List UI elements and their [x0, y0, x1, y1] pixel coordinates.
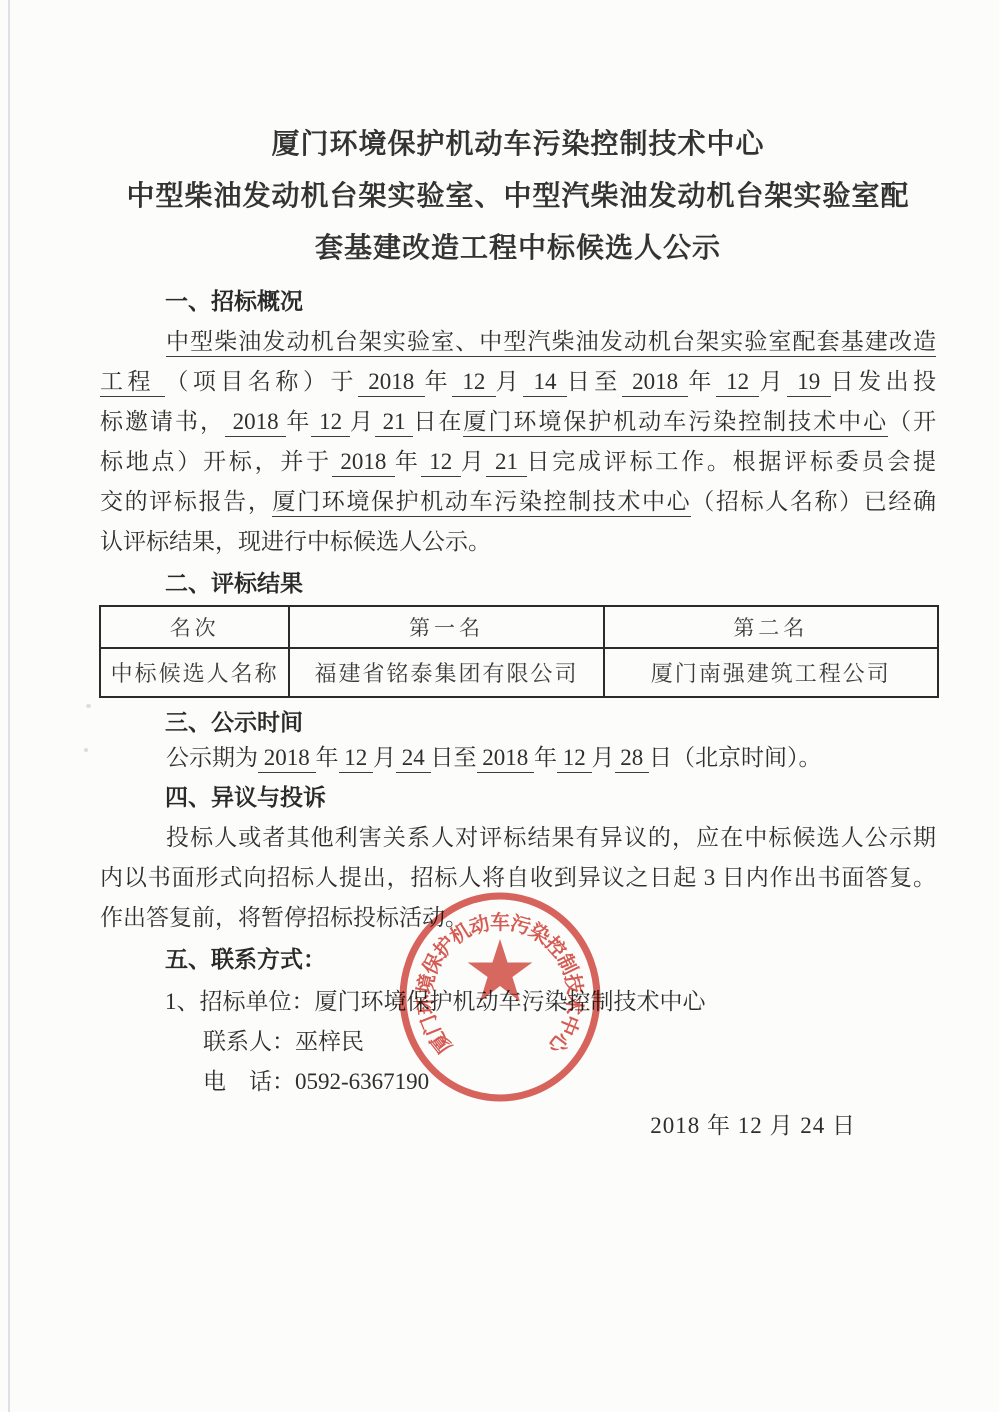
underlined-text: 2018 — [258, 745, 316, 773]
header-first-place: 第一名 — [289, 606, 603, 648]
underlined-text: 2018 — [477, 745, 535, 773]
cell-first-place-company: 福建省铭泰集团有限公司 — [289, 648, 603, 697]
contact-block: 1、招标单位：厦门环境保护机动车污染控制技术中心 联系人：巫梓民 电 话：059… — [100, 982, 936, 1102]
cell-second-place-company: 厦门南强建筑工程公司 — [604, 648, 938, 697]
plain-text: 日至 — [431, 745, 477, 770]
paragraph-line: 公示期为 2018 年 12 月 24 日至 2018 年 12 月 28 日（… — [100, 738, 936, 778]
title-line-3: 套基建改造工程中标候选人公示 — [100, 222, 936, 274]
underlined-text: 12 — [421, 449, 461, 477]
section-4-paragraph: 投标人或者其他利害关系人对评标结果有异议的，应在中标候选人公示期 内以书面形式向… — [100, 818, 936, 938]
underlined-text: 12 — [339, 745, 374, 773]
contact-phone: 电 话：0592-6367190 — [100, 1062, 936, 1102]
plain-text: 年 — [534, 745, 557, 770]
section-4-heading: 四、异议与投诉 — [100, 782, 936, 812]
underlined-text: 14 — [523, 369, 567, 397]
plain-text: 月 — [496, 369, 524, 394]
signature-date: 2018 年 12 月 24 日 — [100, 1106, 936, 1146]
paragraph-line: 内以书面形式向招标人提出，招标人将自收到异议之日起 3 日内作出书面答复。 — [100, 858, 936, 898]
plain-text: 日发出投 — [831, 369, 937, 394]
cell-candidate-label: 中标候选人名称 — [100, 648, 289, 697]
scan-speck — [86, 704, 91, 708]
paragraph-line: 投标人或者其他利害关系人对评标结果有异议的，应在中标候选人公示期 — [100, 818, 936, 858]
header-rank: 名次 — [100, 606, 289, 648]
plain-text: 标地点）开标，并于 — [100, 449, 332, 474]
contact-bidding-unit: 1、招标单位：厦门环境保护机动车污染控制技术中心 — [100, 982, 936, 1022]
table-header-row: 名次 第一名 第二名 — [100, 606, 938, 648]
plain-text: 月 — [759, 369, 787, 394]
section-2-heading: 二、评标结果 — [100, 568, 936, 598]
plain-text: 投标人或者其他利害关系人对评标结果有异议的，应在中标候选人公示期 — [166, 825, 936, 850]
underlined-text: 2018 — [622, 369, 689, 397]
underlined-text: 12 — [716, 369, 760, 397]
underlined-text: 21 — [375, 409, 413, 437]
underlined-text: 2018 — [332, 449, 395, 477]
underlined-text: 24 — [396, 745, 431, 773]
scan-speck — [84, 748, 88, 752]
underlined-text: 工程 — [100, 369, 165, 397]
paragraph-line: 工程 （项目名称）于 2018 年 12 月 14 日至 2018 年 12 月… — [100, 362, 936, 402]
paragraph-line: 认评标结果，现进行中标候选人公示。 — [100, 522, 936, 562]
plain-text: 月 — [350, 409, 375, 434]
plain-text: 作出答复前，将暂停招标投标活动。 — [100, 905, 468, 930]
section-3-heading: 三、公示时间 — [100, 708, 936, 736]
title-line-2: 中型柴油发动机台架实验室、中型汽柴油发动机台架实验室配 — [100, 170, 936, 222]
scanned-document-page: 厦门环境保护机动车污染控制技术中心 中型柴油发动机台架实验室、中型汽柴油发动机台… — [0, 0, 999, 1412]
section-5-heading: 五、联系方式： — [100, 944, 936, 974]
header-second-place: 第二名 — [604, 606, 938, 648]
plain-text: 日至 — [567, 369, 622, 394]
plain-text: 日完成评标工作。根据评标委员会提 — [527, 449, 936, 474]
underlined-text: 2018 — [358, 369, 425, 397]
underlined-text: 12 — [452, 369, 496, 397]
plain-text: 年 — [425, 369, 453, 394]
table-row: 中标候选人名称 福建省铭泰集团有限公司 厦门南强建筑工程公司 — [100, 648, 938, 697]
plain-text: 认评标结果，现进行中标候选人公示。 — [100, 529, 491, 554]
scan-artifact-line — [8, 0, 10, 1412]
plain-text: 日在 — [413, 409, 463, 434]
underlined-text: 2018 — [225, 409, 286, 437]
document-content: 厦门环境保护机动车污染控制技术中心 中型柴油发动机台架实验室、中型汽柴油发动机台… — [100, 0, 936, 1146]
paragraph-line: 交的评标报告，厦门环境保护机动车污染控制技术中心（招标人名称）已经确 — [100, 482, 936, 522]
plain-text: 年 — [316, 745, 339, 770]
paragraph-line: 作出答复前，将暂停招标投标活动。 — [100, 898, 936, 938]
plain-text: （招标人名称）已经确 — [691, 489, 936, 514]
plain-text: 标邀请书， — [100, 409, 225, 434]
underlined-text: 21 — [486, 449, 526, 477]
contact-person: 联系人：巫梓民 — [100, 1022, 936, 1062]
title-line-1: 厦门环境保护机动车污染控制技术中心 — [100, 118, 936, 170]
underlined-text: 12 — [311, 409, 349, 437]
underlined-text: 19 — [787, 369, 831, 397]
plain-text: 年 — [688, 369, 716, 394]
plain-text: 内以书面形式向招标人提出，招标人将自收到异议之日起 3 日内作出书面答复。 — [100, 865, 936, 890]
paragraph-line: 标地点）开标，并于 2018 年 12 月 21 日完成评标工作。根据评标委员会… — [100, 442, 936, 482]
section-1-paragraph: 中型柴油发动机台架实验室、中型汽柴油发动机台架实验室配套基建改造 工程 （项目名… — [100, 322, 936, 562]
paragraph-line: 中型柴油发动机台架实验室、中型汽柴油发动机台架实验室配套基建改造 — [100, 322, 936, 362]
plain-text: （项目名称）于 — [165, 369, 358, 394]
paragraph-line: 标邀请书， 2018 年 12 月 21 日在厦门环境保护机动车污染控制技术中心… — [100, 402, 936, 442]
underlined-text: 厦门环境保护机动车污染控制技术中心 — [463, 409, 888, 437]
plain-text: 月 — [461, 449, 487, 474]
plain-text: 月 — [592, 745, 615, 770]
underlined-text: 厦门环境保护机动车污染控制技术中心 — [272, 489, 691, 517]
document-title: 厦门环境保护机动车污染控制技术中心 中型柴油发动机台架实验室、中型汽柴油发动机台… — [100, 118, 936, 274]
plain-text: 年 — [286, 409, 311, 434]
plain-text: 公示期为 — [166, 745, 258, 770]
plain-text: 交的评标报告， — [100, 489, 272, 514]
underlined-text: 28 — [615, 745, 650, 773]
underlined-text: 12 — [557, 745, 592, 773]
plain-text: 月 — [373, 745, 396, 770]
section-3-paragraph: 公示期为 2018 年 12 月 24 日至 2018 年 12 月 28 日（… — [100, 738, 936, 778]
evaluation-result-table: 名次 第一名 第二名 中标候选人名称 福建省铭泰集团有限公司 厦门南强建筑工程公… — [99, 605, 939, 698]
plain-text: 日（北京时间）。 — [649, 745, 822, 770]
plain-text: 年 — [395, 449, 421, 474]
plain-text: （开 — [888, 409, 936, 434]
section-1-heading: 一、招标概况 — [100, 286, 936, 316]
underlined-text: 中型柴油发动机台架实验室、中型汽柴油发动机台架实验室配套基建改造 — [166, 329, 936, 357]
